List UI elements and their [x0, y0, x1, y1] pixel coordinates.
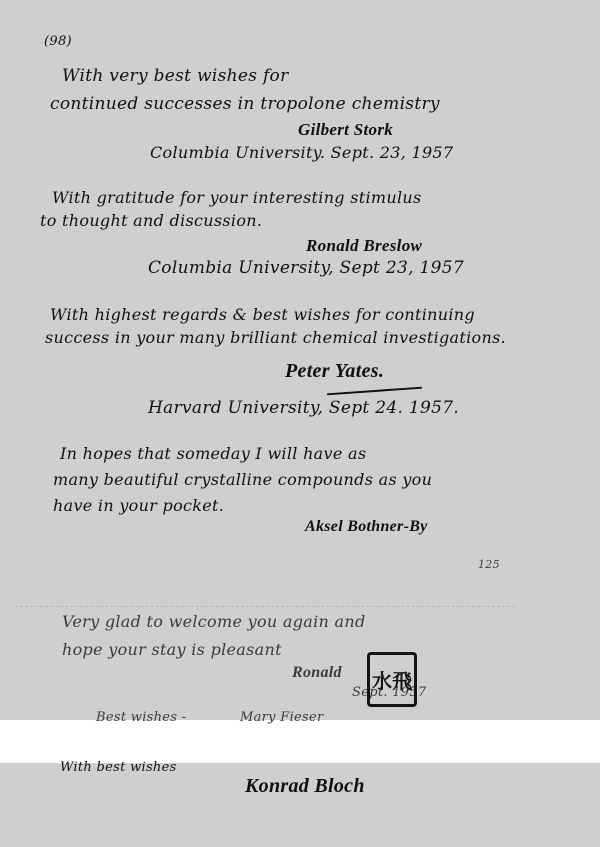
signature: Gilbert Stork — [298, 120, 393, 140]
signature: Ronald Breslow — [306, 236, 422, 256]
entry-line: continued successes in tropolone chemist… — [50, 94, 440, 114]
page-number: 125 — [478, 558, 500, 571]
affiliation: Columbia University, Sept 23, 1957 — [148, 258, 464, 278]
affiliation: Harvard University, Sept 24. 1957. — [148, 398, 459, 418]
signature: Mary Fieser — [240, 710, 324, 725]
entry-line: With best wishes — [60, 760, 177, 775]
signature: Aksel Bothner-By — [305, 518, 428, 536]
signature: Peter Yates. — [285, 360, 384, 383]
entry-line: With gratitude for your interesting stim… — [52, 188, 422, 207]
scan-band — [0, 720, 600, 763]
entry-line: With highest regards & best wishes for c… — [50, 305, 475, 324]
entry-line: many beautiful crystalline compounds as … — [53, 470, 432, 489]
entry-line: Very glad to welcome you again and — [62, 612, 365, 631]
scan-artifact-line — [15, 606, 515, 607]
entry-line: With very best wishes for — [62, 66, 289, 86]
seal-stamp-icon: 水飛 — [367, 652, 417, 707]
signature: Konrad Bloch — [245, 775, 365, 798]
entry-line: to thought and discussion. — [40, 211, 262, 230]
page-label: (98) — [44, 34, 72, 49]
signature: Ronald — [292, 664, 342, 682]
signature-underline — [327, 387, 422, 396]
entry-line: have in your pocket. — [53, 496, 224, 515]
entry-line: Best wishes - — [96, 710, 186, 725]
affiliation: Columbia University. Sept. 23, 1957 — [150, 143, 453, 162]
entry-line: hope your stay is pleasant — [62, 640, 282, 659]
entry-line: success in your many brilliant chemical … — [45, 328, 506, 347]
entry-line: In hopes that someday I will have as — [60, 444, 366, 463]
